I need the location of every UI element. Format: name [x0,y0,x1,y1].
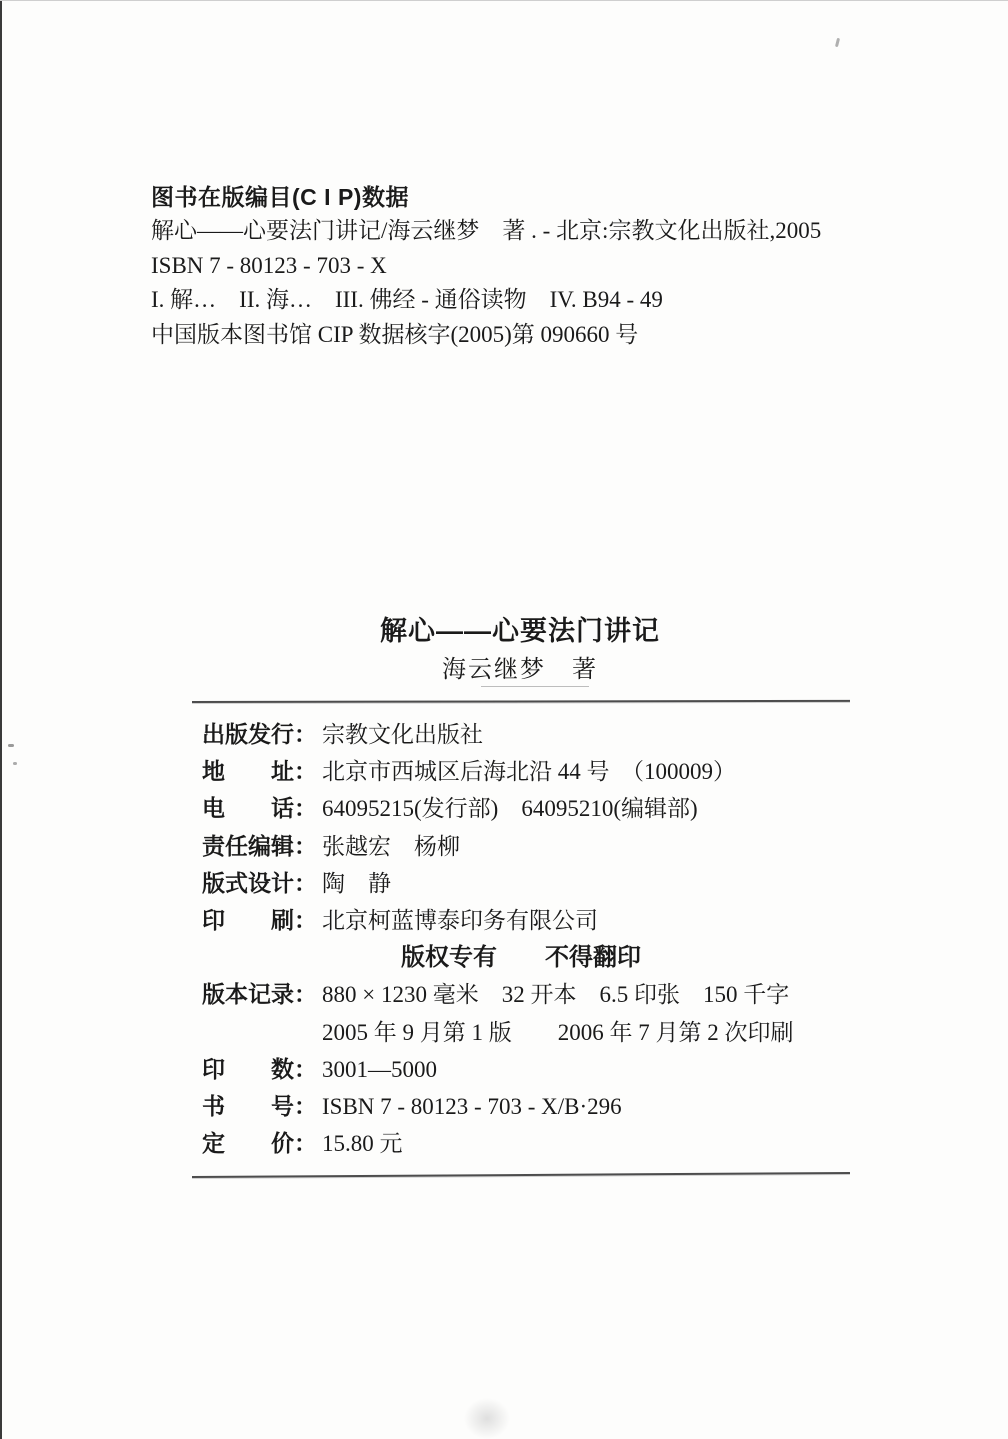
row-print-run: 印 数：3001—5000 [192,1051,850,1088]
row-value: 北京市西城区后海北沿 44 号 （100009） [322,759,736,784]
cip-line-classification: I. 解… II. 海… III. 佛经 - 通俗读物 IV. B94 - 49 [151,283,821,318]
row-label: 电 话： [202,790,322,827]
row-value: 宗教文化出版社 [322,722,483,747]
row-editor: 责任编辑：张越宏 杨柳 [192,828,850,865]
scan-speck-top-right [835,38,840,47]
cip-block: 图书在版编目(C I P)数据 解心——心要法门讲记/海云继梦 著 . - 北京… [151,180,821,352]
row-price: 定 价：15.80 元 [192,1125,850,1162]
row-printer: 印 刷：北京柯蓝博泰印务有限公司 [192,902,850,939]
scan-edge-left [0,0,2,1439]
book-author: 海云继梦 著 [150,655,890,685]
row-edition: 版本记录：880 × 1230 毫米 32 开本 6.5 印张 150 千字 [192,976,850,1013]
row-value: 张越宏 杨柳 [322,834,460,859]
row-phone: 电 话：64095215(发行部) 64095210(编辑部) [192,790,850,827]
scan-speck-left-1 [8,744,14,747]
copyright-notice: 版权专有 不得翻印 [192,939,850,976]
scan-line-fragment [481,686,589,687]
table-rule-top [192,700,850,703]
cip-line-title: 解心——心要法门讲记/海云继梦 著 . - 北京:宗教文化出版社,2005 [151,214,821,249]
cip-heading: 图书在版编目(C I P)数据 [151,180,821,214]
row-label: 书 号： [202,1088,322,1125]
row-label: 地 址： [202,753,322,790]
scan-speck-left-2 [13,762,17,765]
book-colophon-page: 图书在版编目(C I P)数据 解心——心要法门讲记/海云继梦 著 . - 北京… [0,0,1008,1439]
title-block: 解心——心要法门讲记 海云继梦 著 [150,613,890,685]
colophon-rows: 出版发行：宗教文化出版社 地 址：北京市西城区后海北沿 44 号 （100009… [192,716,850,1162]
row-value: 15.80 元 [322,1131,403,1156]
row-value: 3001—5000 [322,1057,437,1082]
row-label: 印 刷： [202,902,322,939]
table-rule-bottom [192,1172,850,1178]
row-address: 地 址：北京市西城区后海北沿 44 号 （100009） [192,753,850,790]
row-value: 880 × 1230 毫米 32 开本 6.5 印张 150 千字 [322,982,789,1007]
row-designer: 版式设计：陶 静 [192,865,850,902]
cip-line-isbn: ISBN 7 - 80123 - 703 - X [151,249,821,284]
row-value: 64095215(发行部) 64095210(编辑部) [322,796,698,821]
book-title: 解心——心要法门讲记 [150,613,890,649]
row-label: 出版发行： [202,716,322,753]
row-label: 印 数： [202,1051,322,1088]
row-value: ISBN 7 - 80123 - 703 - X/B·296 [322,1094,622,1119]
scan-edge-top [0,0,1008,1]
row-value: 北京柯蓝博泰印务有限公司 [322,908,598,933]
row-label: 责任编辑： [202,828,322,865]
scan-smudge-bottom [464,1398,510,1439]
row-label: 版式设计： [202,865,322,902]
row-value: 2005 年 9 月第 1 版 2006 年 7 月第 2 次印刷 [322,1020,794,1045]
row-publisher: 出版发行：宗教文化出版社 [192,716,850,753]
row-value: 陶 静 [322,871,391,896]
row-book-number: 书 号：ISBN 7 - 80123 - 703 - X/B·296 [192,1088,850,1125]
row-label: 定 价： [202,1125,322,1162]
cip-line-registry: 中国版本图书馆 CIP 数据核字(2005)第 090660 号 [151,318,821,353]
row-edition-line-2: 2005 年 9 月第 1 版 2006 年 7 月第 2 次印刷 [192,1014,850,1051]
row-label: 版本记录： [202,976,322,1013]
